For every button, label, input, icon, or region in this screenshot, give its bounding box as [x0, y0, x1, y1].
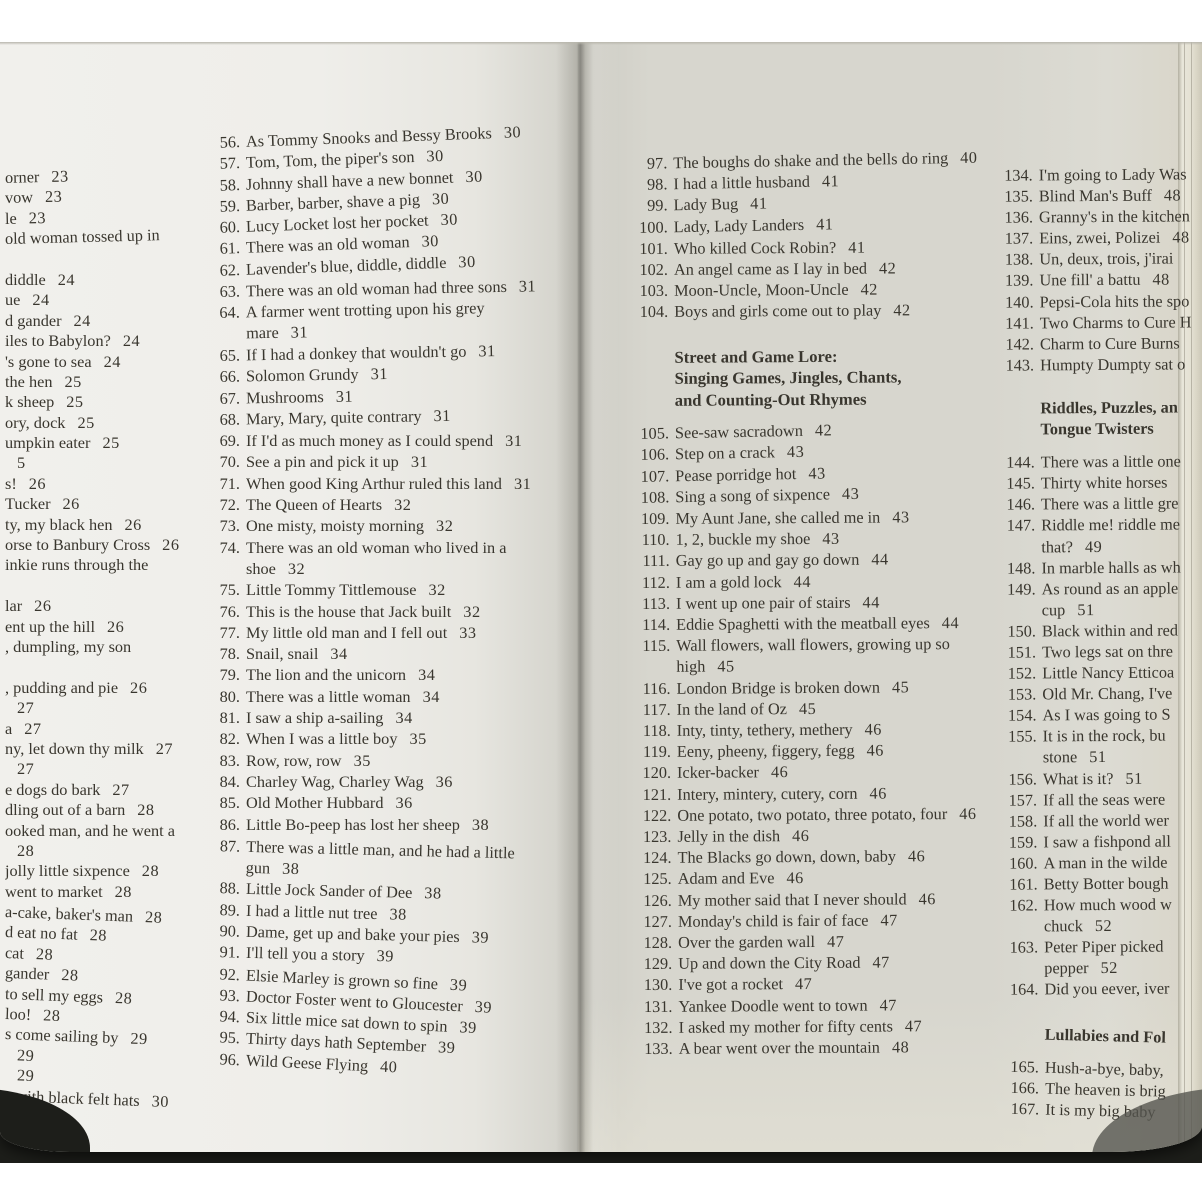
entry-number: 84.: [212, 771, 240, 792]
toc-entry-fragment: inkie runs through the: [5, 555, 205, 575]
entry-title: Pease porridge hot: [675, 464, 796, 485]
toc-entry-fragment: [5, 245, 205, 270]
toc-entry: 125.Adam and Eve46: [632, 866, 984, 889]
entry-number: 86.: [212, 814, 240, 835]
entry-page-number: 46: [792, 826, 809, 845]
entry-number: 137.: [999, 228, 1033, 249]
entry-title: Wild Geese Flying: [246, 1050, 369, 1075]
entry-page-number: 31: [291, 323, 309, 342]
entry-title: s come sailing by: [5, 1024, 119, 1047]
entry-number: 144.: [1001, 452, 1035, 473]
entry-title: Thirty white horses: [1041, 473, 1168, 493]
entry-page-number: 51: [1089, 747, 1106, 766]
entry-page-number: 47: [795, 974, 812, 993]
entry-number: 138.: [999, 249, 1033, 270]
entry-title: Little Jock Sander of Dee: [246, 879, 413, 902]
entry-page-number: 30: [421, 232, 439, 252]
entry-page-number: 26: [29, 474, 46, 493]
toc-entry: 137.Eins, zwei, Polizei48: [999, 227, 1199, 249]
entry-number: 68.: [212, 408, 240, 430]
toc-entry: 113.I went up one pair of stairs44: [630, 591, 982, 614]
entry-page-number: 45: [892, 677, 909, 696]
entry-title: Charley Wag, Charley Wag: [246, 772, 424, 791]
entry-number: 130.: [632, 974, 672, 995]
entry-number: 79.: [212, 664, 240, 685]
entry-page-number: 30: [151, 1091, 169, 1111]
entry-number: 78.: [212, 643, 240, 664]
toc-entry: 86.Little Bo-peep has lost her sheep38: [212, 814, 546, 835]
entry-page-number: 43: [842, 484, 860, 503]
entry-title: I saw a fishpond all: [1043, 831, 1171, 851]
entry-number: 139.: [999, 270, 1033, 291]
entry-number: 87.: [212, 835, 241, 857]
entry-page-number: 46: [869, 783, 886, 802]
entry-number: 88.: [212, 877, 241, 899]
entry-page-number: 29: [17, 1045, 35, 1065]
entry-page-number: 38: [282, 859, 300, 878]
entry-title: Over the garden wall: [678, 932, 815, 952]
entry-page-number: 44: [942, 613, 959, 632]
entry-page-number: 29: [17, 1066, 35, 1086]
entry-number: 95.: [212, 1026, 241, 1049]
entry-number: 118.: [631, 720, 671, 741]
toc-entry: Lullabies and Fol: [1004, 1022, 1202, 1048]
entry-page-number: 33: [459, 623, 476, 642]
toc-entry: 122.One potato, two potato, three potato…: [631, 803, 983, 826]
toc-entry-fragment: dling out of a barn28: [5, 800, 205, 820]
entry-number: 143.: [1000, 354, 1034, 375]
toc-entry: 84.Charley Wag, Charley Wag36: [212, 771, 546, 792]
toc-entry-fragment: 28: [5, 841, 205, 861]
entry-title: ooked man, and he went a: [5, 821, 175, 840]
toc-entry: 121.Intery, mintery, cutery, corn46: [631, 781, 983, 804]
entry-title: Blind Man's Buff: [1039, 186, 1152, 206]
entry-title: I am a gold lock: [676, 572, 782, 592]
toc-entry: 78.Snail, snail34: [212, 643, 546, 664]
entry-title: s!: [5, 474, 17, 493]
toc-entry: 83.Row, row, row35: [212, 750, 546, 771]
toc-entry-fragment: jolly little sixpence28: [5, 861, 205, 881]
entry-number: 89.: [212, 899, 241, 921]
toc-entry: 129.Up and down the City Road47: [632, 951, 984, 974]
entry-number: 107.: [629, 465, 669, 487]
entry-number: 71.: [212, 473, 240, 494]
entry-page-number: 48: [1152, 270, 1169, 289]
entry-number: 149.: [1002, 578, 1036, 599]
entry-number: 142.: [1000, 333, 1034, 354]
toc-entry: 156.What is it?51: [1003, 767, 1202, 789]
background-strip-bottom: [0, 1163, 1202, 1202]
entry-page-number: 28: [36, 944, 54, 964]
entry-page-number: 31: [519, 276, 537, 295]
entry-page-number: 28: [17, 841, 34, 860]
entry-page-number: 44: [794, 572, 811, 591]
entry-number: 77.: [212, 622, 240, 643]
entry-title: Charm to Cure Burns: [1040, 333, 1180, 353]
entry-number: 60.: [212, 216, 241, 238]
toc-entry: 109.My Aunt Jane, she called me in43: [629, 506, 981, 529]
entry-title: diddle: [5, 270, 46, 289]
entry-page-number: 41: [816, 214, 834, 233]
entry-number: 106.: [629, 444, 669, 466]
entry-title: Lady Bug: [673, 194, 738, 214]
entry-page-number: 32: [428, 580, 445, 599]
toc-entry: 116.London Bridge is broken down45: [630, 675, 982, 698]
toc-entry: 115.Wall flowers, wall flowers, growing …: [630, 633, 982, 678]
toc-entry: 138.Un, deux, trois, j'irai: [999, 248, 1199, 270]
entry-page-number: 42: [815, 420, 833, 439]
toc-entry: pepper52: [1004, 957, 1202, 979]
entry-number: 102.: [628, 259, 668, 280]
entry-number: 158.: [1003, 810, 1037, 831]
entry-title: Adam and Eve: [678, 869, 775, 889]
entry-number: 140.: [1000, 291, 1034, 312]
toc-entry: 130.I've got a rocket47: [632, 972, 984, 995]
entry-number: 167.: [1005, 1098, 1040, 1120]
toc-entry: 152.Little Nancy Etticoa: [1002, 661, 1202, 683]
entry-page-number: 45: [717, 657, 734, 676]
entry-title: a: [5, 719, 12, 738]
entry-title: ent up the hill: [5, 617, 95, 636]
entry-number: 141.: [1000, 312, 1034, 333]
toc-entry: 82.When I was a little boy35: [212, 728, 546, 749]
entry-title: ue: [5, 290, 20, 309]
toc-entry: 147.Riddle me! riddle me: [1001, 514, 1201, 536]
entry-title: 's gone to sea: [5, 352, 92, 371]
entry-title: vow: [5, 188, 34, 208]
entry-title: There was an old woman who lived in a sh…: [246, 538, 506, 578]
entry-page-number: 47: [905, 1016, 922, 1035]
entry-page-number: 27: [17, 698, 34, 717]
entry-number: 124.: [631, 847, 671, 868]
entry-page-number: 26: [63, 494, 80, 513]
toc-entry-fragment: ent up the hill26: [5, 617, 205, 637]
entry-number: 57.: [212, 152, 241, 174]
entry-page-number: 34: [395, 708, 412, 727]
toc-entry: 141.Two Charms to Cure H: [1000, 311, 1200, 333]
toc-column-left-fragments: orner23vow23le23old woman tossed up indi…: [5, 168, 205, 1106]
entry-number: 63.: [212, 281, 240, 303]
entry-number: 73.: [212, 515, 240, 536]
toc-entry: 71.When good King Arthur ruled this land…: [212, 473, 546, 494]
toc-entry: Riddles, Puzzles, an: [1000, 396, 1200, 418]
entry-page-number: 52: [1100, 958, 1117, 977]
toc-entry-fragment: 27: [5, 698, 205, 718]
entry-page-number: 51: [1125, 768, 1142, 787]
entry-page-number: 28: [115, 882, 132, 901]
toc-entry-fragment: [5, 576, 205, 596]
entry-title: Tucker: [5, 494, 51, 513]
toc-entry-fragment: umpkin eater25: [5, 433, 205, 453]
entry-title: Little Bo-peep has lost her sheep: [246, 815, 460, 834]
entry-page-number: 39: [472, 927, 490, 946]
toc-entry: 72.The Queen of Hearts32: [212, 494, 546, 515]
toc-entry: 155.It is in the rock, bu: [1003, 725, 1202, 747]
entry-title: I'll tell you a story: [246, 943, 365, 965]
entry-title: Lady, Lady Landers: [674, 214, 805, 235]
toc-entry: 101.Who killed Cock Robin?41: [628, 236, 980, 259]
entry-title: orse to Banbury Cross: [5, 535, 150, 554]
entry-page-number: 46: [867, 741, 884, 760]
toc-entry-fragment: 5: [5, 453, 205, 473]
entry-title: If all the seas were: [1043, 789, 1165, 809]
toc-entry: 164.Did you eever, iver: [1004, 978, 1202, 1000]
entry-title: Une fill' a battu: [1039, 270, 1140, 290]
entry-title: gander: [5, 963, 50, 984]
toc-list-97-104: 97.The boughs do shake and the bells do …: [627, 151, 980, 323]
entry-title: stone: [1043, 748, 1078, 767]
section-heading-line: Singing Games, Jingles, Chants,: [675, 366, 981, 389]
toc-entry: 144.There was a little one: [1001, 450, 1201, 472]
entry-page-number: 46: [919, 889, 936, 908]
entry-page-number: 25: [77, 413, 94, 432]
entry-number: 81.: [212, 707, 240, 728]
toc-entry: 163.Peter Piper picked: [1004, 936, 1202, 958]
entry-title: Boys and girls come out to play: [674, 301, 881, 321]
entry-page-number: 49: [1085, 536, 1102, 555]
entry-title: It is in the rock, bu: [1043, 726, 1166, 746]
entry-number: 133.: [633, 1038, 673, 1059]
toc-entry: 81.I saw a ship a-sailing34: [212, 707, 546, 728]
entry-page-number: 24: [104, 352, 121, 371]
toc-entry-fragment: k sheep25: [5, 392, 205, 412]
entry-title: to sell my eggs: [5, 984, 104, 1007]
entry-number: 76.: [212, 601, 240, 622]
entry-page-number: 44: [862, 592, 879, 611]
entry-title: Two Charms to Cure H: [1040, 312, 1192, 332]
toc-entry: that?49: [1001, 535, 1201, 557]
toc-entry: 77.My little old man and I fell out33: [212, 622, 546, 643]
entry-number: 90.: [212, 920, 241, 942]
entry-title: The lion and the unicorn: [246, 665, 406, 684]
toc-entry: 148.In marble halls as wh: [1001, 556, 1201, 578]
entry-title: Monday's child is fair of face: [678, 910, 869, 930]
entry-title: Eins, zwei, Polizei: [1039, 228, 1160, 248]
toc-entry: chuck52: [1004, 914, 1202, 936]
toc-entry: 117.In the land of Oz45: [631, 697, 983, 720]
entry-page-number: 34: [423, 687, 440, 706]
entry-page-number: 48: [1172, 228, 1189, 247]
entry-title: e dogs do bark: [5, 780, 100, 799]
entry-page-number: 25: [102, 433, 119, 452]
toc-entry: stone51: [1003, 746, 1202, 768]
entry-title: Eeny, pheeny, figgery, fegg: [677, 741, 855, 761]
toc-entry: 69.If I'd as much money as I could spend…: [212, 430, 546, 451]
entry-page-number: 26: [34, 596, 51, 615]
entry-title: Betty Botter bough: [1044, 874, 1169, 894]
toc-entry-fragment: ty, my black hen26: [5, 515, 205, 535]
entry-page-number: 28: [145, 907, 163, 927]
entry-title: Up and down the City Road: [678, 953, 860, 973]
entry-title: dling out of a barn: [5, 800, 125, 819]
entry-page-number: 28: [61, 965, 79, 985]
entry-page-number: 43: [808, 463, 826, 482]
toc-entry-fragment: ue24: [5, 290, 205, 310]
toc-entry: 139.Une fill' a battu48: [999, 269, 1199, 291]
toc-entry-fragment: e dogs do bark27: [5, 780, 205, 800]
entry-page-number: 30: [440, 210, 458, 230]
entry-number: 112.: [630, 571, 670, 592]
entry-page-number: 28: [142, 861, 159, 880]
entry-title: Riddle me! riddle me: [1041, 515, 1180, 535]
entry-title: Solomon Grundy: [246, 365, 359, 386]
entry-number: 152.: [1002, 663, 1036, 684]
toc-entry-fragment: diddle24: [5, 270, 205, 290]
entry-number: 128.: [632, 932, 672, 953]
entry-title: I had a little husband: [673, 172, 810, 193]
entry-number: 94.: [212, 1005, 241, 1028]
entry-page-number: 32: [394, 495, 411, 514]
entry-page-number: 31: [336, 386, 354, 405]
entry-page-number: 42: [861, 280, 878, 299]
entry-page-number: 42: [879, 258, 896, 277]
entry-number: 80.: [212, 686, 240, 707]
entry-number: 65.: [212, 344, 240, 366]
entry-page-number: 43: [822, 529, 839, 548]
entry-title: Gay go up and gay go down: [676, 550, 860, 570]
entry-page-number: 42: [893, 301, 910, 320]
entry-number: 165.: [1005, 1055, 1040, 1077]
entry-page-number: 38: [424, 884, 442, 903]
entry-number: 74.: [212, 537, 240, 558]
entry-number: 92.: [212, 963, 241, 986]
entry-title: [5, 1065, 6, 1084]
toc-entry: 79.The lion and the unicorn34: [212, 664, 546, 685]
entry-number: 98.: [627, 174, 667, 196]
entry-number: 161.: [1004, 873, 1038, 894]
entry-page-number: 31: [514, 474, 531, 493]
toc-entry-fragment: Tucker26: [5, 494, 205, 514]
entry-page-number: 5: [17, 453, 26, 472]
toc-entry: 124.The Blacks go down, down, baby46: [631, 845, 983, 868]
entry-page-number: 47: [880, 995, 897, 1014]
entry-title: My mother said that I never should: [678, 889, 907, 909]
entry-page-number: 46: [771, 762, 788, 781]
entry-number: 96.: [212, 1048, 241, 1071]
entry-title: One misty, moisty morning: [246, 516, 424, 535]
entry-title: lar: [5, 596, 22, 615]
entry-page-number: 30: [465, 166, 483, 186]
entry-page-number: 30: [432, 189, 450, 209]
entry-number: 129.: [632, 953, 672, 974]
entry-title: Mary, Mary, quite contrary: [246, 406, 422, 428]
entry-page-number: 26: [162, 535, 179, 554]
entry-number: 117.: [631, 699, 671, 720]
entry-page-number: 32: [288, 559, 305, 578]
toc-entry-fragment: , pudding and pie26: [5, 678, 205, 698]
entry-title: Jelly in the dish: [677, 826, 780, 846]
entry-title: I'm going to Lady Was: [1039, 164, 1187, 184]
entry-title: There was a little woman: [246, 687, 411, 706]
entry-title: ory, dock: [5, 413, 65, 432]
entry-page-number: 41: [822, 171, 840, 190]
entry-title: k sheep: [5, 392, 54, 411]
entry-title: Icker-backer: [677, 763, 759, 783]
toc-entry-fragment: 27: [5, 759, 205, 779]
entry-number: 105.: [629, 422, 669, 444]
entry-number: 100.: [627, 216, 667, 238]
entry-number: 72.: [212, 494, 240, 515]
entry-page-number: 51: [1077, 600, 1094, 619]
entry-number: 119.: [631, 741, 671, 762]
toc-entry: 150.Black within and red: [1002, 619, 1202, 641]
entry-page-number: 31: [433, 406, 451, 425]
entry-number: 160.: [1003, 852, 1037, 873]
entry-page-number: 39: [459, 1017, 477, 1037]
entry-number: 120.: [631, 762, 671, 783]
entry-page-number: 24: [123, 331, 140, 350]
toc-entry: 120.Icker-backer46: [631, 760, 983, 783]
entry-number: 121.: [631, 783, 671, 804]
entry-title: When I was a little boy: [246, 729, 397, 748]
entry-title: This is the house that Jack built: [246, 602, 451, 621]
entry-title: What is it?: [1043, 768, 1114, 787]
toc-entry: cup51: [1002, 598, 1202, 620]
entry-number: 83.: [212, 750, 240, 771]
entry-number: 145.: [1001, 473, 1035, 494]
entry-number: 146.: [1001, 494, 1035, 515]
entry-page-number: 24: [58, 270, 75, 289]
entry-page-number: 32: [436, 516, 453, 535]
entry-number: 69.: [212, 430, 240, 451]
entry-page-number: 30: [426, 146, 444, 166]
entry-title: When good King Arthur ruled this land: [246, 474, 502, 493]
entry-page-number: 46: [908, 846, 925, 865]
entry-number: 99.: [627, 195, 667, 217]
entry-page-number: 34: [418, 665, 435, 684]
entry-title: le: [5, 208, 17, 227]
entry-number: 163.: [1004, 937, 1038, 958]
toc-entry: 110.1, 2, buckle my shoe43: [630, 527, 982, 550]
entry-number: 154.: [1002, 705, 1036, 726]
entry-number: 150.: [1002, 620, 1036, 641]
entry-number: 123.: [631, 826, 671, 847]
entry-page-number: 46: [865, 720, 882, 739]
entry-number: 136.: [999, 207, 1033, 228]
entry-page-number: 48: [892, 1037, 909, 1056]
toc-column-56-96: 56.As Tommy Snooks and Bessy Brooks3057.…: [212, 132, 546, 1069]
entry-title: Black within and red: [1042, 620, 1178, 640]
entry-number: 58.: [212, 174, 241, 196]
toc-entry: 143.Humpty Dumpty sat o: [1000, 353, 1200, 375]
entry-number: 114.: [630, 614, 670, 635]
entry-page-number: 39: [438, 1038, 456, 1058]
entry-title: I've got a rocket: [678, 975, 783, 995]
entry-number: 103.: [628, 280, 668, 301]
toc-entry: 104.Boys and girls come out to play42: [628, 299, 980, 322]
entry-page-number: 40: [960, 148, 978, 167]
entry-title: If all the world wer: [1043, 810, 1169, 830]
toc-entry: 114.Eddie Spaghetti with the meatball ey…: [630, 612, 982, 635]
entry-page-number: 27: [156, 739, 173, 758]
entry-title: See a pin and pick it up: [246, 452, 399, 471]
open-book: orner23vow23le23old woman tossed up indi…: [0, 42, 1202, 1152]
entry-title: The Blacks go down, down, baby: [677, 847, 896, 867]
toc-entry: 161.Betty Botter bough: [1004, 872, 1202, 894]
section-heading-line: Street and Game Lore:: [674, 345, 980, 368]
entry-title: umpkin eater: [5, 433, 90, 452]
entry-number: 122.: [631, 805, 671, 826]
entry-page-number: 25: [64, 372, 81, 391]
entry-number: 93.: [212, 984, 241, 1007]
entry-page-number: 24: [32, 290, 49, 309]
entry-page-number: 23: [28, 208, 46, 227]
entry-page-number: 24: [74, 311, 91, 330]
toc-entry: 146.There was a little gre: [1001, 493, 1201, 515]
entry-title: Inty, tinty, tethery, methery: [677, 720, 853, 740]
toc-entry: 74.There was an old woman who lived in a…: [212, 537, 546, 580]
toc-column-97-133: 97.The boughs do shake and the bells do …: [627, 151, 985, 1059]
